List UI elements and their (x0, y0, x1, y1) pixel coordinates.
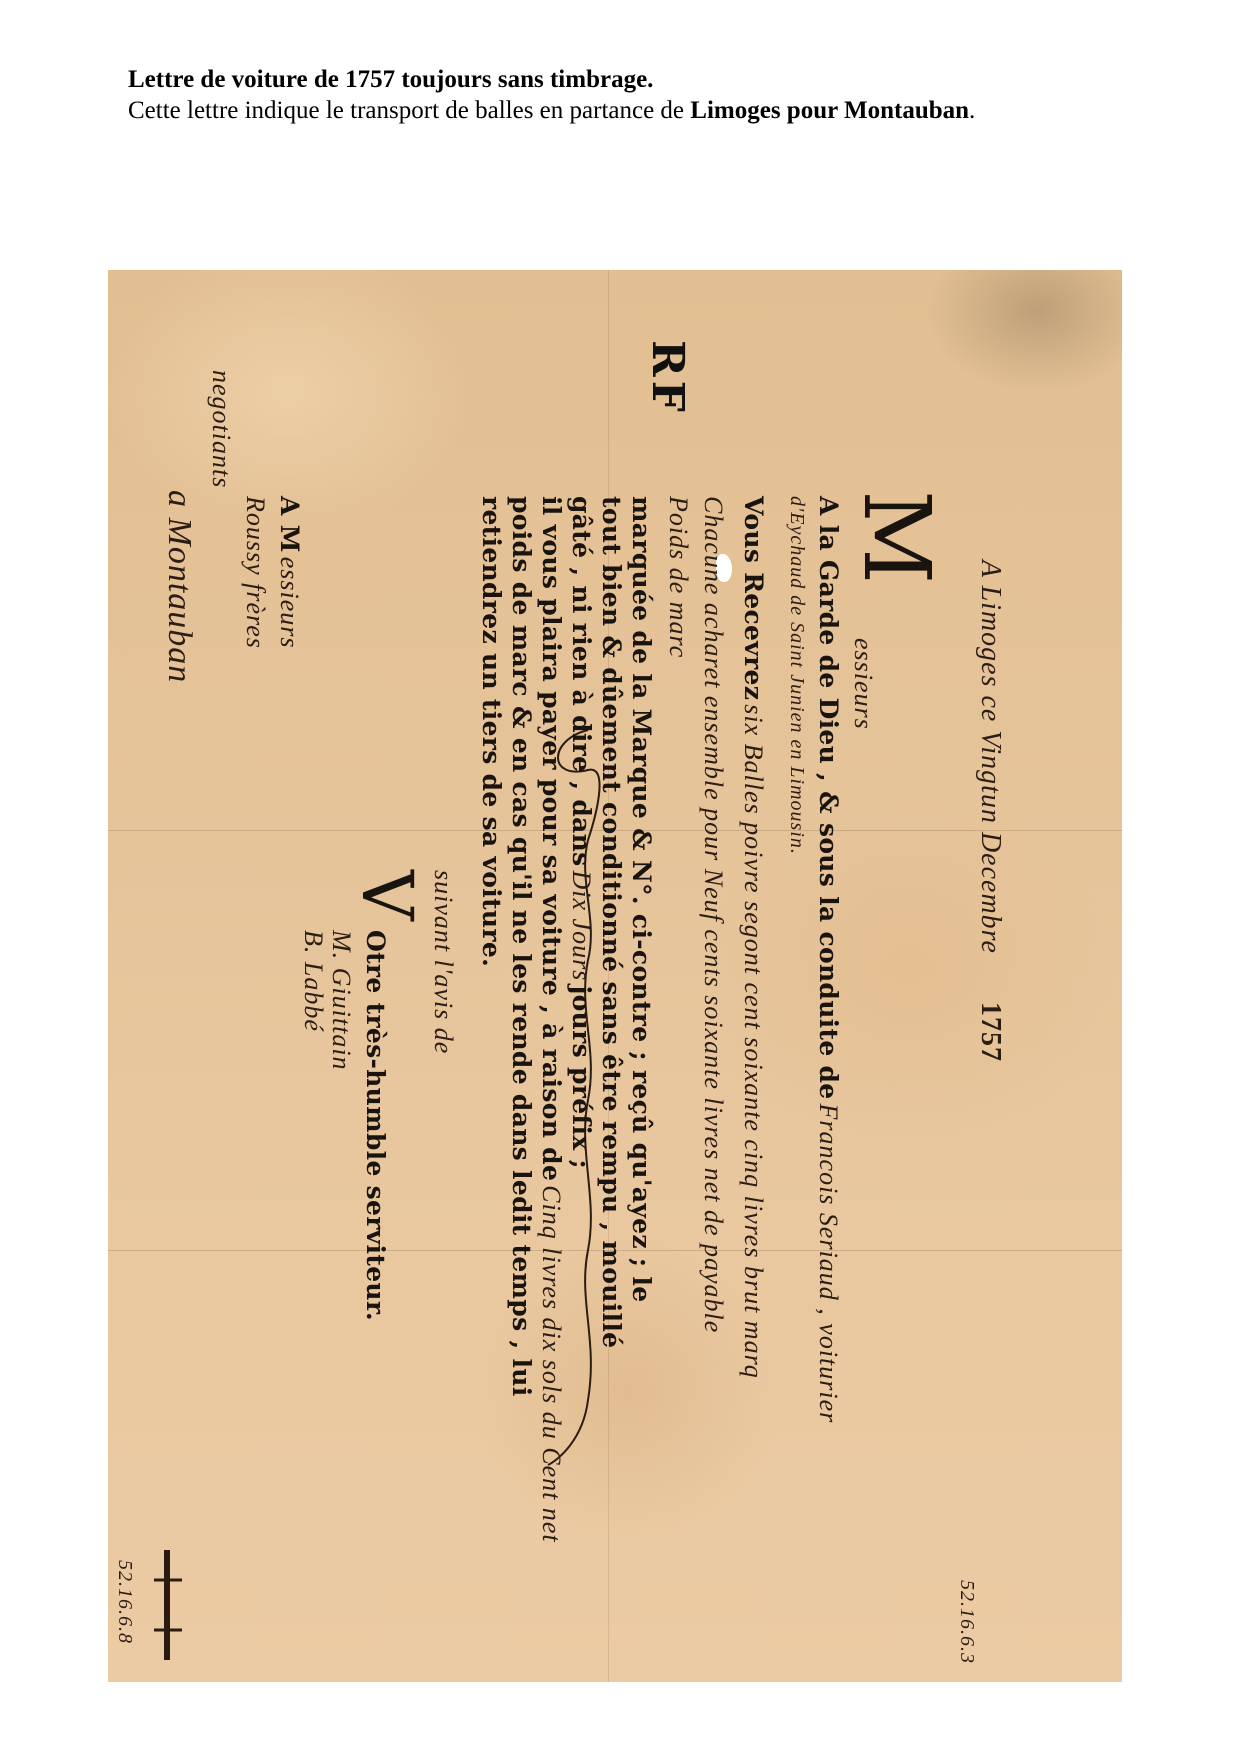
addressee-line-2: Roussy frères (240, 496, 270, 649)
text-line-9: il vous plaira payer pour sa voiture , à… (536, 496, 566, 1543)
initial-m: M (843, 490, 950, 584)
description-route: Limoges pour Montauban (690, 97, 969, 124)
page-header: Lettre de voiture de 1757 toujours sans … (128, 64, 1028, 126)
addressee-line-3: negotiants (206, 370, 236, 488)
letter-scan-image: RF A Limoges ce Vingtun Decembre 1757 M … (108, 270, 1122, 1682)
text-line-2: d'Eychaud de Saint Junien en Limousin. (785, 496, 808, 855)
date-month: Decembre (975, 832, 1006, 954)
date-year: 1757 (975, 1002, 1006, 1062)
description-end: . (969, 97, 975, 124)
place-date-line: A Limoges ce Vingtun Decembre 1757 (974, 560, 1006, 1062)
page-title: Lettre de voiture de 1757 toujours sans … (128, 64, 1028, 95)
text-line-11: retiendrez un tiers de sa voiture. (477, 496, 506, 967)
page-description: Cette lettre indique le transport de bal… (128, 95, 1028, 126)
margin-number-left: 52.16.6.8 (113, 1560, 136, 1644)
text-line-4: Chacune acharet ensemble pour Neuf cents… (698, 496, 728, 1333)
addressee-line-1: A M essieurs (274, 496, 304, 648)
date-day: Vingtun (975, 730, 1006, 824)
signature-1: M. Giuittain (326, 930, 356, 1071)
text-line-6: marquée de la Marque & N°. ci-contre ; r… (627, 496, 656, 1302)
text-line-10: poids de marc & en cas qu'il ne les rend… (507, 496, 536, 1397)
ink-cross-mark (148, 1540, 188, 1680)
text-line-5: Poids de marc (663, 496, 693, 658)
place-date-printed: A Limoges ce (975, 560, 1006, 722)
text-line-8: gâté , ni rien à dire , dans Dix Jours j… (566, 496, 596, 1169)
text-line-1: A la Garde de Dieu , & sous la conduite … (813, 496, 843, 1423)
closing-servant: Otre très-humble serviteur. (361, 930, 390, 1321)
signature-2: B. Labbé (298, 930, 328, 1032)
closing-avis: suivant l'avis de (428, 870, 458, 1054)
addressee-line-4: a Montauban (160, 490, 198, 683)
salutation: essieurs (848, 638, 878, 730)
text-line-7: tout bien & dûement conditionné sans êtr… (597, 496, 626, 1348)
margin-number-right: 52.16.6.3 (955, 1580, 978, 1664)
initial-v: V (346, 870, 428, 921)
text-line-3: Vous Recevrez six Balles poivre segont c… (738, 496, 768, 1379)
rf-stamp: RF (642, 340, 693, 416)
description-text: Cette lettre indique le transport de bal… (128, 97, 690, 124)
